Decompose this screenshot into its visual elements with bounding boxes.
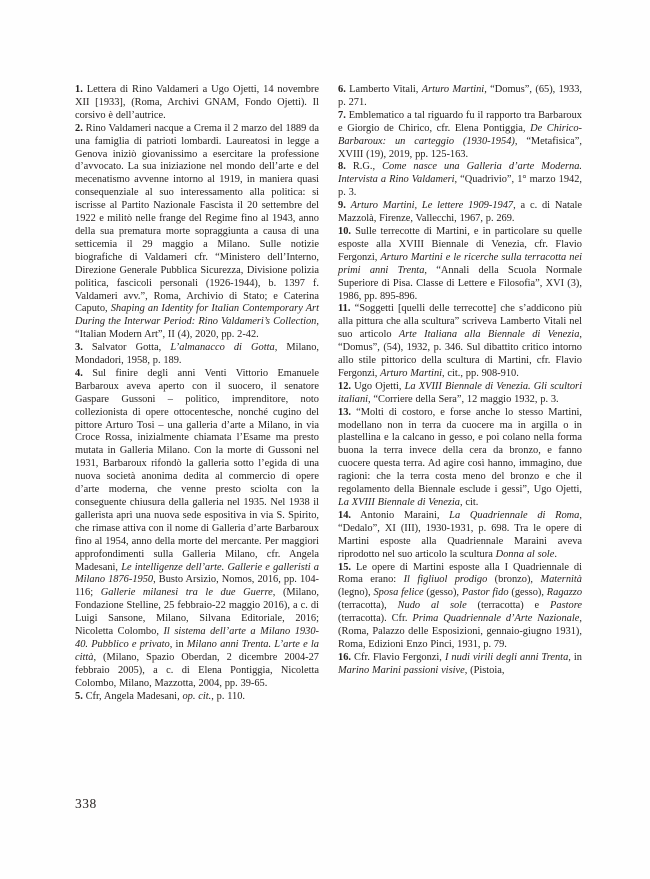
footnote-title-italic: Donna al sole [496,549,555,560]
footnote-16: 16. Cfr. Flavio Fergonzi, I nudi virili … [338,652,582,678]
footnote-text: Cfr. Flavio Fergonzi, [354,652,445,663]
footnote-text: R.G., [353,161,382,172]
footnote-text: , cit., pp. 908-910. [442,368,519,379]
footnote-title-italic: Pastor fido [462,587,509,598]
footnote-text: (legno), [338,587,373,598]
footnote-7: 7. Emblematico a tal riguardo fu il rapp… [338,110,582,162]
footnote-title-italic: Marino Marini passioni visive [338,665,465,676]
footnote-text: (terracotta), [338,600,398,611]
footnote-number: 14. [338,510,351,521]
footnote-13: 13. “Molti di costoro, e forse anche lo … [338,407,582,510]
footnote-4: 4. Sul finire degli anni Venti Vittorio … [75,368,319,691]
footnote-text: (terracotta) e [467,600,550,611]
footnote-title-italic: op. cit. [182,691,211,702]
footnote-number: 9. [338,200,346,211]
footnote-title-italic: Arturo Martini [422,84,484,95]
footnote-text: Antonio Maraini, [360,510,449,521]
footnote-number: 11. [338,303,350,314]
footnote-title-italic: Arturo Martini [380,368,442,379]
footnote-title-italic: Shaping an Identity for Italian Contempo… [75,303,319,327]
footnote-title-italic: Sposa felice [373,587,423,598]
footnote-title-italic: Il figliuol prodigo [404,574,488,585]
footnotes-column-right: 6. Lamberto Vitali, Arturo Martini, “Dom… [338,84,582,704]
footnote-title-italic: Ragazzo [547,587,582,598]
footnote-text: , in [568,652,582,663]
footnote-text: (terracotta). Cfr. [338,613,412,624]
footnote-title-italic: L’almanacco di Gotta [170,342,274,353]
footnote-number: 6. [338,84,346,95]
footnote-text: , “Corriere della Sera”, 12 maggio 1932,… [368,394,559,405]
footnote-5: 5. Cfr, Angela Madesani, op. cit., p. 11… [75,691,319,704]
footnote-text: , cit. [460,497,478,508]
footnote-text: Lamberto Vitali, [349,84,422,95]
footnote-11: 11. “Soggetti [quelli delle terrecotte] … [338,303,582,380]
footnote-15: 15. Le opere di Martini esposte alla I Q… [338,562,582,652]
footnote-text: Cfr, Angela Madesani, [86,691,183,702]
footnote-8: 8. R.G., Come nasce una Galleria d’arte … [338,161,582,200]
footnote-title-italic: Nudo al sole [398,600,467,611]
footnote-number: 15. [338,562,351,573]
footnote-text: (gesso), [509,587,547,598]
footnote-text: (bronzo), [487,574,540,585]
footnote-text: , p. 110. [211,691,245,702]
footnotes-block: 1. Lettera di Rino Valdameri a Ugo Ojett… [75,84,581,704]
footnote-text: (gesso), [424,587,462,598]
footnote-text: Lettera di Rino Valdameri a Ugo Ojetti, … [75,84,319,121]
footnote-title-italic: Prima Quadriennale d’Arte Nazionale [412,613,579,624]
book-page: 1. Lettera di Rino Valdameri a Ugo Ojett… [0,0,650,879]
footnote-6: 6. Lamberto Vitali, Arturo Martini, “Dom… [338,84,582,110]
footnote-number: 10. [338,226,351,237]
footnote-number: 8. [338,161,346,172]
footnote-text: , (Milano, Spazio Oberdan, 2 dicembre 20… [75,652,319,689]
footnote-number: 16. [338,652,351,663]
footnote-number: 2. [75,123,83,134]
footnote-number: 4. [75,368,83,379]
footnote-number: 1. [75,84,83,95]
footnote-title-italic: Arturo Martini, Le lettere 1909-1947 [351,200,514,211]
footnote-title-italic: La XVIII Biennale di Venezia [338,497,460,508]
footnote-title-italic: Arte Italiana alla Biennale di Venezia [399,329,580,340]
page-number: 338 [75,796,97,812]
footnote-text: . [554,549,557,560]
footnote-title-italic: I nudi virili degli anni Trenta [445,652,568,663]
footnote-10: 10. Sulle terrecotte di Martini, e in pa… [338,226,582,303]
footnote-number: 12. [338,381,351,392]
footnote-9: 9. Arturo Martini, Le lettere 1909-1947,… [338,200,582,226]
footnote-text: Ugo Ojetti, [354,381,404,392]
footnote-text: Salvator Gotta, [92,342,170,353]
footnote-title-italic: Pastore [550,600,582,611]
footnote-2: 2. Rino Valdameri nacque a Crema il 2 ma… [75,123,319,342]
footnote-text: “Molti di costoro, e forse anche lo stes… [338,407,582,495]
footnote-text: , (Pistoia, [465,665,505,676]
footnote-text: , in [170,639,187,650]
footnote-14: 14. Antonio Maraini, La Quadriennale di … [338,510,582,562]
footnotes-column-left: 1. Lettera di Rino Valdameri a Ugo Ojett… [75,84,319,704]
footnote-title-italic: La Quadriennale di Roma [449,510,579,521]
footnote-number: 7. [338,110,346,121]
footnote-12: 12. Ugo Ojetti, La XVIII Biennale di Ven… [338,381,582,407]
footnote-text: Sul finire degli anni Venti Vittorio Ema… [75,368,319,573]
footnote-number: 3. [75,342,83,353]
footnote-title-italic: Gallerie milanesi tra le due Guerre [101,587,273,598]
footnote-number: 13. [338,407,351,418]
footnote-3: 3. Salvator Gotta, L’almanacco di Gotta,… [75,342,319,368]
footnote-title-italic: Maternità [540,574,582,585]
footnote-number: 5. [75,691,83,702]
footnote-1: 1. Lettera di Rino Valdameri a Ugo Ojett… [75,84,319,123]
footnote-text: Rino Valdameri nacque a Crema il 2 marzo… [75,123,319,315]
